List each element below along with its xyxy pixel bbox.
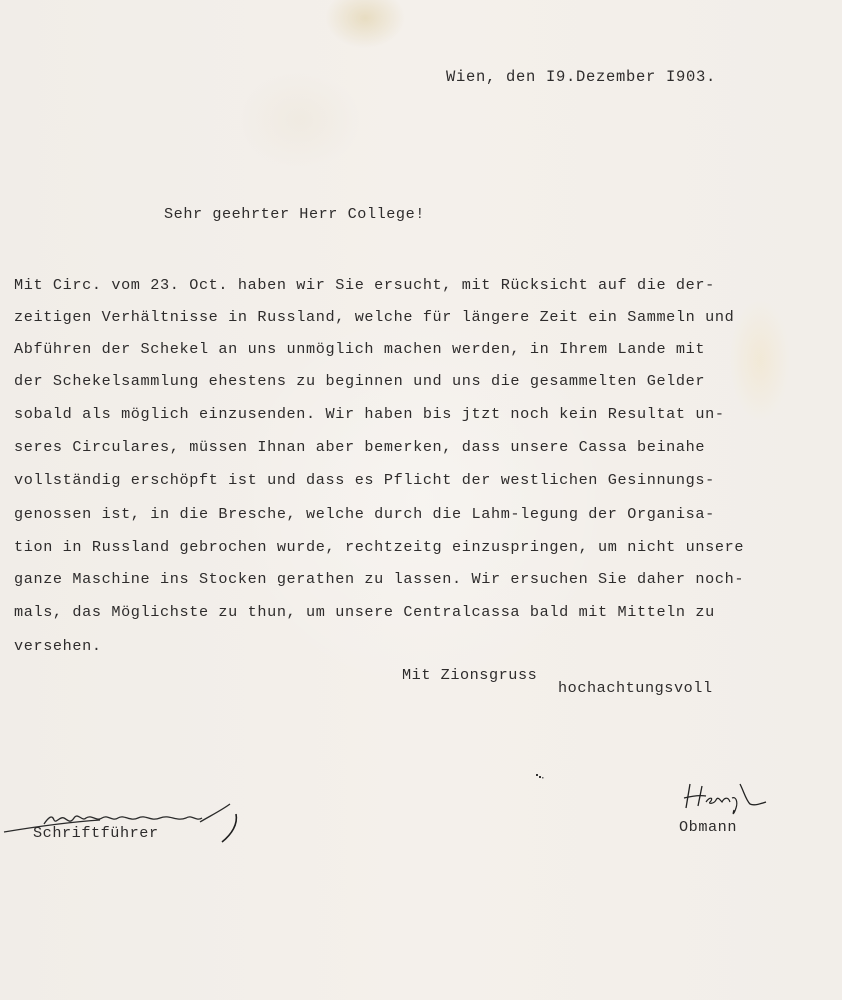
signatory-title-right: Obmann: [679, 820, 737, 835]
body-line: Mit Circ. vom 23. Oct. haben wir Sie ers…: [14, 278, 715, 293]
body-line: seres Circulares, müssen Ihnan aber beme…: [14, 440, 705, 455]
body-line: tion in Russland gebrochen wurde, rechtz…: [14, 540, 744, 555]
closing-greeting: Mit Zionsgruss: [402, 668, 537, 683]
body-line: Abführen der Schekel an uns unmöglich ma…: [14, 342, 705, 357]
closing-sign-off: hochachtungsvoll: [558, 681, 713, 696]
body-line: sobald als möglich einzusenden. Wir habe…: [14, 407, 725, 422]
body-line: der Schekelsammlung ehestens zu beginnen…: [14, 374, 705, 389]
body-line: genossen ist, in die Bresche, welche dur…: [14, 507, 715, 522]
handwritten-signature-icon: [680, 780, 770, 820]
date-line: Wien, den I9.Dezember I903.: [446, 70, 716, 86]
body-line: versehen.: [14, 639, 102, 654]
salutation: Sehr geehrter Herr College!: [164, 207, 425, 222]
body-line: zeitigen Verhältnisse in Russland, welch…: [14, 310, 734, 325]
body-line: vollständig erschöpft ist und dass es Pf…: [14, 473, 715, 488]
ink-speck: [536, 767, 544, 773]
signatory-title-left: Schriftführer: [33, 826, 159, 841]
letter-paper: Wien, den I9.Dezember I903. Sehr geehrte…: [0, 0, 842, 1000]
body-line: mals, das Möglichste zu thun, um unsere …: [14, 605, 715, 620]
body-line: ganze Maschine ins Stocken gerathen zu l…: [14, 572, 744, 587]
